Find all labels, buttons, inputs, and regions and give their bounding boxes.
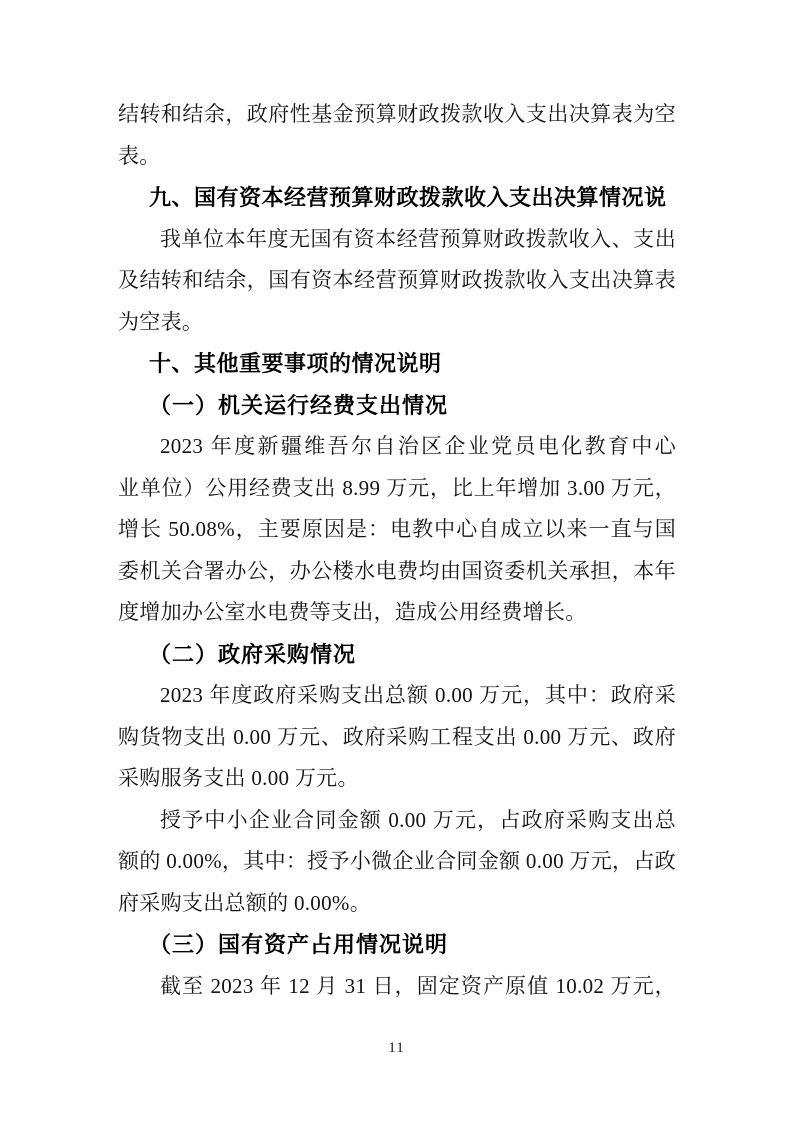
text-line: 府采购支出总额的 0.00%。 — [118, 883, 676, 925]
text-line: 为空表。 — [118, 302, 676, 344]
text-line: 额的 0.00%，其中：授予小微企业合同金额 0.00 万元，占政 — [118, 841, 676, 883]
text-line: 表。 — [118, 136, 676, 178]
text-line: 2023 年度新疆维吾尔自治区企业党员电化教育中心（事 — [118, 426, 676, 468]
section-heading: （三）国有资产占用情况说明 — [118, 924, 676, 966]
section-heading: （二）政府采购情况 — [118, 634, 676, 676]
text-line: 结转和结余，政府性基金预算财政拨款收入支出决算表为空 — [118, 94, 676, 136]
page-number: 11 — [0, 1038, 793, 1058]
text-line: 授予中小企业合同金额 0.00 万元，占政府采购支出总 — [118, 800, 676, 842]
text-line: 度增加办公室水电费等支出，造成公用经费增长。 — [118, 592, 676, 634]
text-line: 截至 2023 年 12 月 31 日，固定资产原值 10.02 万元， — [118, 966, 676, 1008]
text-line: 采购服务支出 0.00 万元。 — [118, 758, 676, 800]
section-heading: （一）机关运行经费支出情况 — [118, 385, 676, 427]
text-line: 我单位本年度无国有资本经营预算财政拨款收入、支出 — [118, 219, 676, 261]
text-line: 委机关合署办公，办公楼水电费均由国资委机关承担，本年 — [118, 551, 676, 593]
document-page: 结转和结余，政府性基金预算财政拨款收入支出决算表为空表。九、国有资本经营预算财政… — [0, 0, 793, 1122]
section-heading: 九、国有资本经营预算财政拨款收入支出决算情况说明 — [118, 177, 676, 219]
text-line: 2023 年度政府采购支出总额 0.00 万元，其中：政府采 — [118, 675, 676, 717]
document-body: 结转和结余，政府性基金预算财政拨款收入支出决算表为空表。九、国有资本经营预算财政… — [118, 94, 676, 1007]
section-heading: 十、其他重要事项的情况说明 — [118, 343, 676, 385]
text-line: 购货物支出 0.00 万元、政府采购工程支出 0.00 万元、政府 — [118, 717, 676, 759]
text-line: 业单位）公用经费支出 8.99 万元，比上年增加 3.00 万元， — [118, 468, 676, 510]
text-line: 增长 50.08%，主要原因是：电教中心自成立以来一直与国资 — [118, 509, 676, 551]
text-line: 及结转和结余，国有资本经营预算财政拨款收入支出决算表 — [118, 260, 676, 302]
